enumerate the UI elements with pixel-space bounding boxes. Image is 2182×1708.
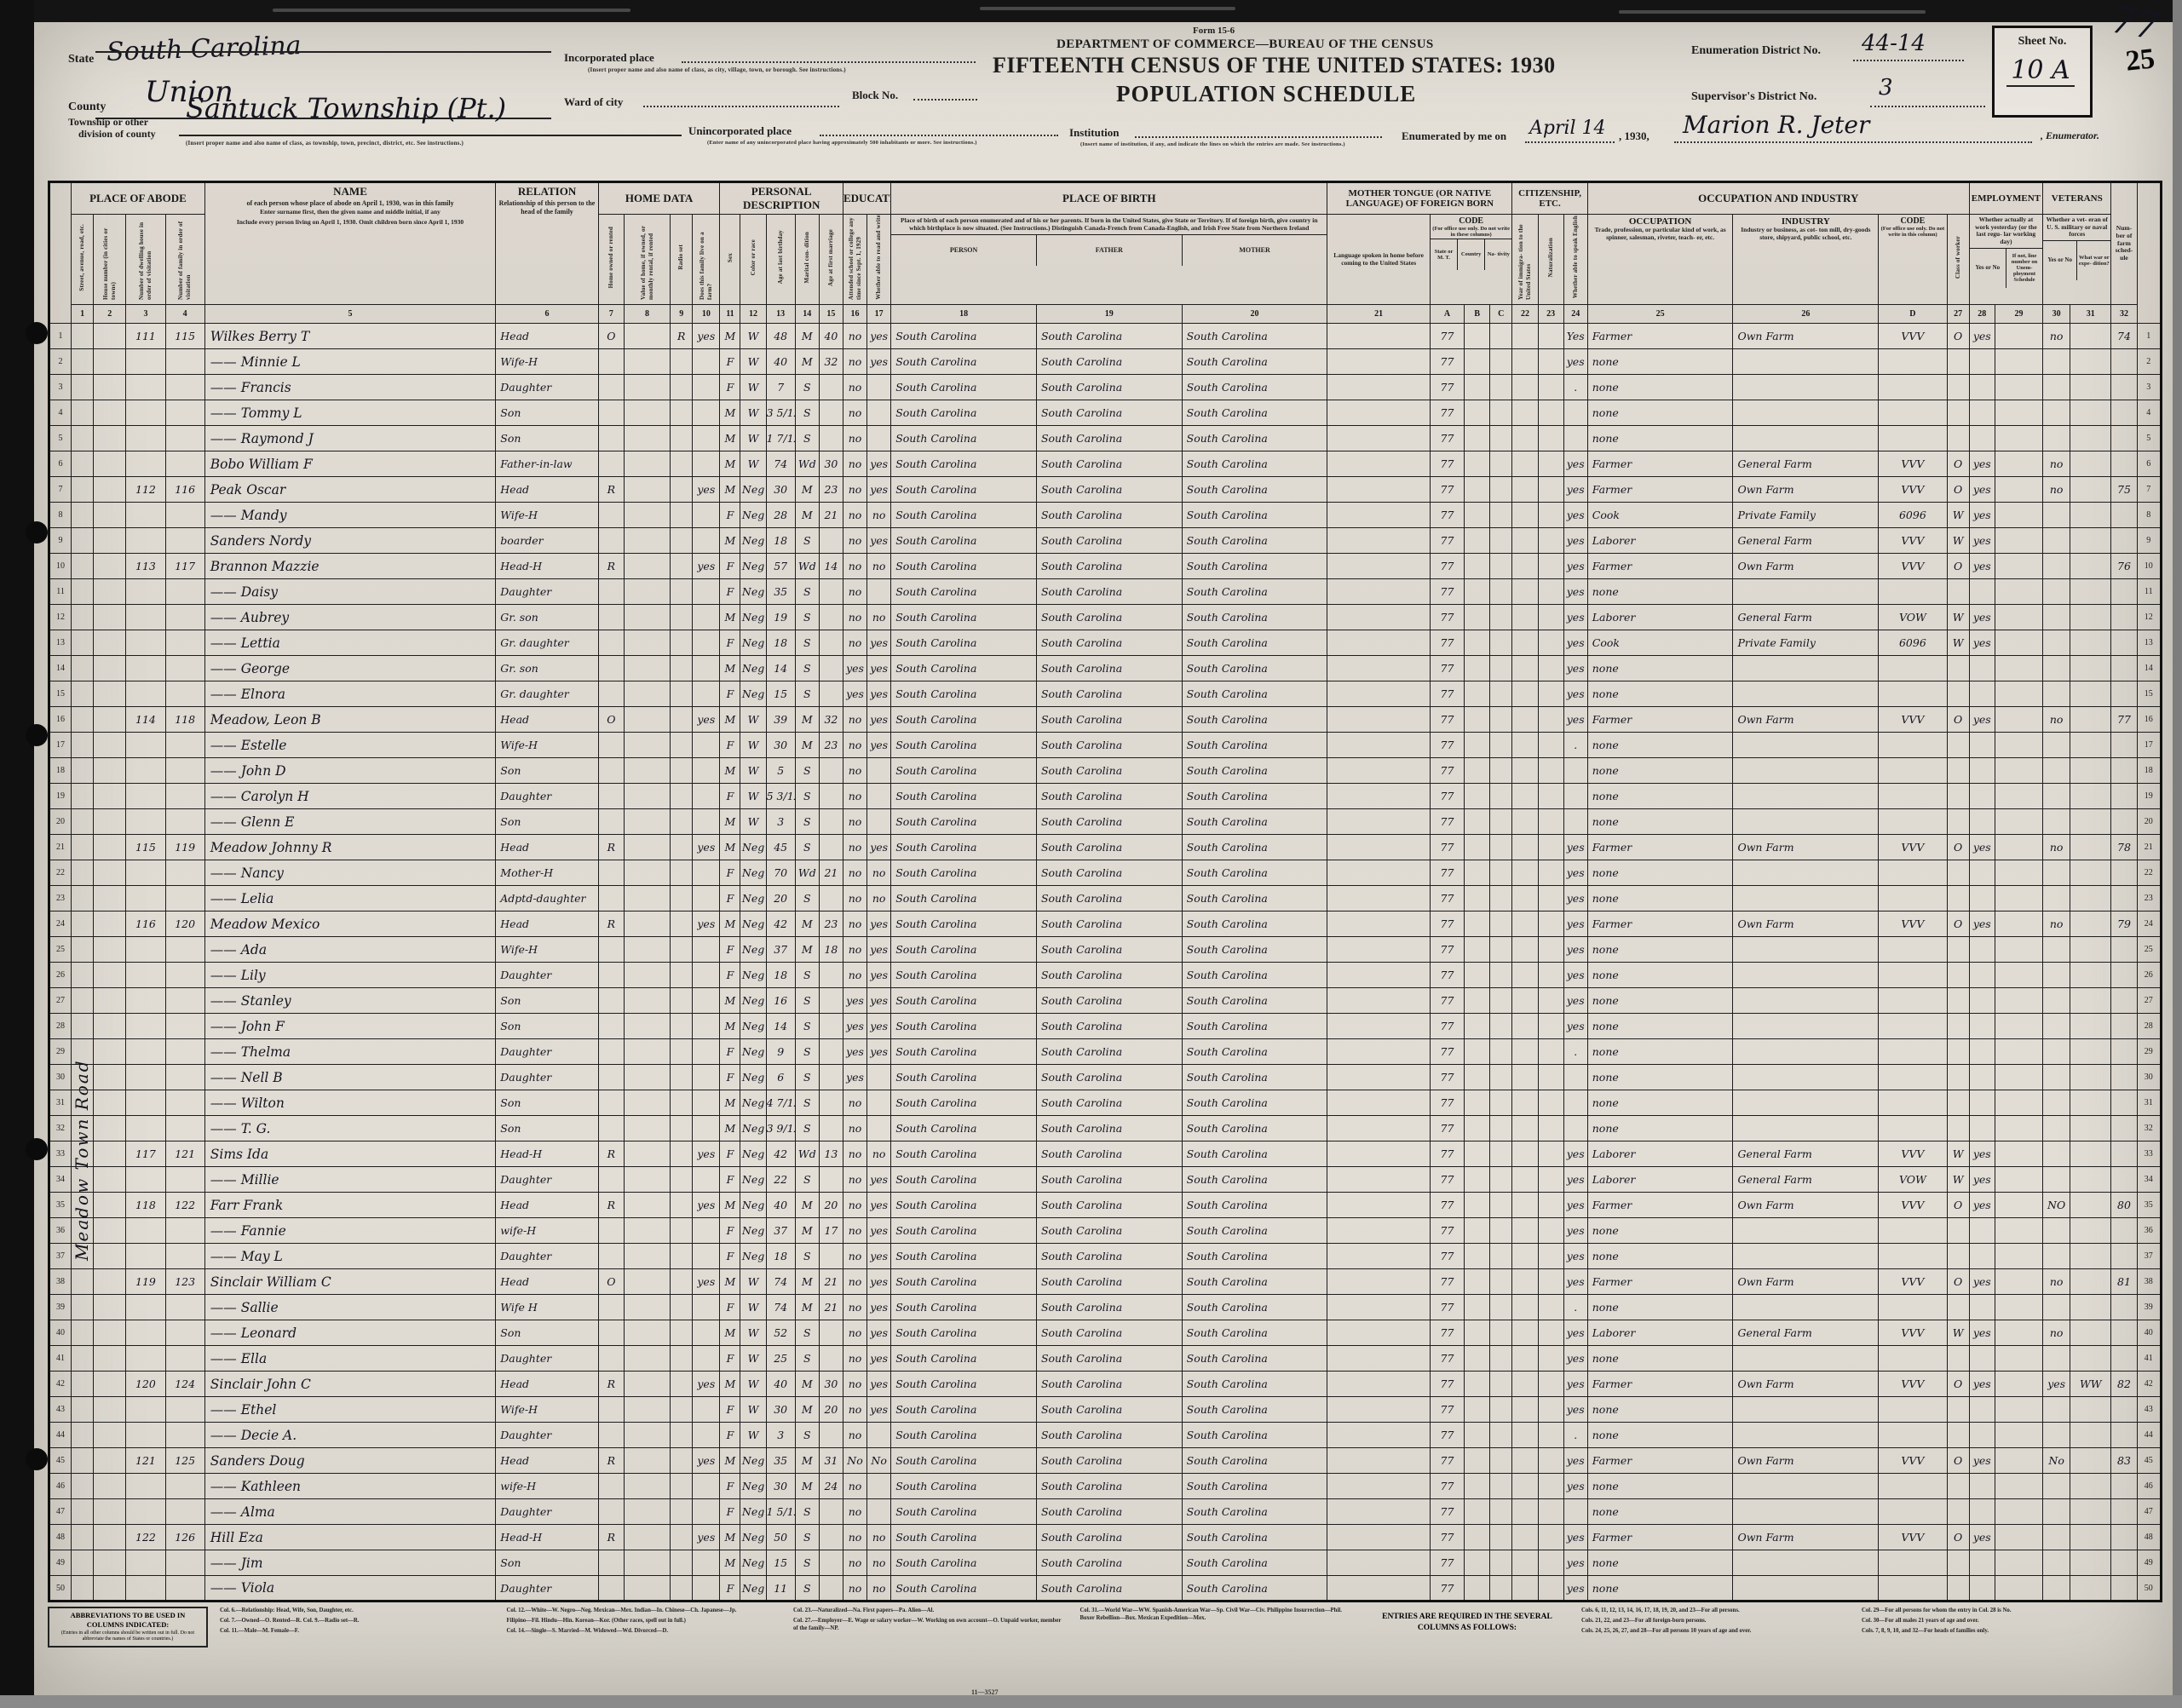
- cell-own: [598, 1550, 624, 1576]
- cell-farm: [693, 1218, 720, 1244]
- cell-ln: 22: [49, 860, 72, 886]
- cell-c: [1490, 1244, 1512, 1269]
- cell-emp: [1969, 1346, 1995, 1372]
- cell-a: 77: [1430, 963, 1464, 988]
- table-row: 26—— LilyDaughterFNeg18SnoyesSouth Carol…: [49, 963, 2162, 988]
- cell-img: [1512, 1167, 1538, 1193]
- cell-val: [624, 1065, 670, 1090]
- cell-mar: M: [795, 1474, 819, 1499]
- cell-rel: Wife-H: [496, 503, 599, 528]
- cell-agem: [819, 963, 843, 988]
- cell-fam: [165, 1244, 204, 1269]
- cell-ln2: 34: [2137, 1167, 2161, 1193]
- cell-own: [598, 400, 624, 426]
- cell-sex: M: [720, 988, 740, 1014]
- cell-war: [2070, 937, 2111, 963]
- table-row: 33117121Sims IdaHead-HRyesFNeg42Wd13nono…: [49, 1142, 2162, 1167]
- abbreviation-columns: Col. 6.—Relationship: Head, Wife, Son, D…: [220, 1607, 1353, 1636]
- cell-sch: no: [843, 426, 866, 451]
- cell-dw: [126, 1397, 165, 1423]
- cell-ln: 37: [49, 1244, 72, 1269]
- cell-c: [1490, 1525, 1512, 1550]
- cell-mar: S: [795, 835, 819, 860]
- cell-rad: [671, 528, 693, 554]
- cell-sch: no: [843, 1142, 866, 1167]
- cell-ln2: 33: [2137, 1142, 2161, 1167]
- cell-mar: S: [795, 528, 819, 554]
- cell-tong: [1327, 375, 1431, 400]
- cell-name: —— Lettia: [204, 630, 495, 656]
- cell-sch: no: [843, 1346, 866, 1372]
- cell-tong: [1327, 963, 1431, 988]
- cell-b: [1465, 375, 1490, 400]
- cell-fam: [165, 963, 204, 988]
- cell-dw: [126, 860, 165, 886]
- cell-d: [1879, 1346, 1947, 1372]
- table-row: 30—— Nell BDaughterFNeg6SyesSouth Caroli…: [49, 1065, 2162, 1090]
- cell-eng: yes: [1563, 886, 1587, 912]
- cell-sch: No: [843, 1448, 866, 1474]
- cell-col: Neg: [740, 1039, 766, 1065]
- cell-sex: F: [720, 554, 740, 579]
- cell-bpm: South Carolina: [1182, 1576, 1327, 1602]
- cell-a: 77: [1430, 375, 1464, 400]
- cell-empln: [1995, 937, 2042, 963]
- cell-bpp: South Carolina: [891, 707, 1037, 733]
- cell-war: [2070, 528, 2111, 554]
- cell-val: [624, 400, 670, 426]
- cell-col: Neg: [740, 630, 766, 656]
- table-row: 14—— GeorgeGr. sonMNeg14SyesyesSouth Car…: [49, 656, 2162, 681]
- cell-ln2: 46: [2137, 1474, 2161, 1499]
- cell-war: [2070, 1550, 2111, 1576]
- cell-name: —— Ella: [204, 1346, 495, 1372]
- cell-name: —— Carolyn H: [204, 784, 495, 809]
- cell-sch: no: [843, 1525, 866, 1550]
- cell-fs: [2111, 1167, 2137, 1193]
- cell-war: [2070, 988, 2111, 1014]
- cell-fam: [165, 503, 204, 528]
- table-row: 29—— ThelmaDaughterFNeg9SyesyesSouth Car…: [49, 1039, 2162, 1065]
- cell-dw: [126, 349, 165, 375]
- cell-name: —— Tommy L: [204, 400, 495, 426]
- cell-sex: M: [720, 1372, 740, 1397]
- cell-c: [1490, 605, 1512, 630]
- cell-a: 77: [1430, 324, 1464, 349]
- cell-empln: [1995, 1550, 2042, 1576]
- cell-mar: S: [795, 400, 819, 426]
- group-relation: RELATION Relationship of this person to …: [496, 182, 599, 305]
- cell-fs: [2111, 963, 2137, 988]
- cell-ln2: 17: [2137, 733, 2161, 758]
- cell-sex: M: [720, 758, 740, 784]
- cell-dw: [126, 758, 165, 784]
- cell-street: [72, 1295, 94, 1320]
- cell-ln: 27: [49, 988, 72, 1014]
- cell-b: [1465, 1065, 1490, 1090]
- cell-occ: none: [1587, 349, 1733, 375]
- cell-tong: [1327, 1423, 1431, 1448]
- cell-farm: [693, 451, 720, 477]
- cell-img: [1512, 349, 1538, 375]
- cell-b: [1465, 912, 1490, 937]
- cell-agem: [819, 758, 843, 784]
- cell-val: [624, 605, 670, 630]
- cell-emp: [1969, 860, 1995, 886]
- cell-rad: [671, 1525, 693, 1550]
- cell-img: [1512, 1218, 1538, 1244]
- footer-note-line: Cols. 6, 11, 12, 13, 14, 16, 17, 18, 19,…: [1581, 1607, 1846, 1614]
- cell-bpm: South Carolina: [1182, 375, 1327, 400]
- cell-fs: [2111, 1142, 2137, 1167]
- cell-cls: [1947, 1499, 1969, 1525]
- cell-rel: Head-H: [496, 1525, 599, 1550]
- cell-occ: none: [1587, 1244, 1733, 1269]
- cell-ind: [1733, 758, 1879, 784]
- cell-sch: no: [843, 886, 866, 912]
- cell-b: [1465, 1372, 1490, 1397]
- cell-fs: [2111, 605, 2137, 630]
- cell-rad: [671, 605, 693, 630]
- cell-val: [624, 528, 670, 554]
- cell-a: 77: [1430, 579, 1464, 605]
- cell-occ: none: [1587, 937, 1733, 963]
- column-number: 29: [1995, 305, 2042, 324]
- cell-nat: [1538, 630, 1563, 656]
- cell-agem: [819, 886, 843, 912]
- cell-bpm: South Carolina: [1182, 758, 1327, 784]
- cell-emp: [1969, 1295, 1995, 1320]
- col-immigration-year: Year of immigra- tion to the United Stat…: [1512, 215, 1538, 305]
- cell-occ: Farmer: [1587, 477, 1733, 503]
- cell-eng: yes: [1563, 912, 1587, 937]
- cell-war: [2070, 554, 2111, 579]
- cell-street: [72, 400, 94, 426]
- cell-farm: [693, 503, 720, 528]
- cell-bpf: South Carolina: [1036, 707, 1182, 733]
- cell-age: 30: [766, 1397, 795, 1423]
- cell-farm: yes: [693, 1193, 720, 1218]
- cell-own: [598, 1167, 624, 1193]
- cell-mar: M: [795, 1448, 819, 1474]
- cell-c: [1490, 630, 1512, 656]
- cell-val: [624, 324, 670, 349]
- cell-sex: F: [720, 349, 740, 375]
- cell-house: [94, 835, 126, 860]
- cell-agem: [819, 656, 843, 681]
- cell-mar: S: [795, 1499, 819, 1525]
- cell-farm: yes: [693, 477, 720, 503]
- cell-farm: yes: [693, 835, 720, 860]
- cell-agem: 23: [819, 912, 843, 937]
- cell-vet: [2043, 1218, 2070, 1244]
- cell-rel: Head-H: [496, 1142, 599, 1167]
- table-row: 45121125Sanders DougHeadRyesMNeg35M31NoN…: [49, 1448, 2162, 1474]
- cell-eng: .: [1563, 1295, 1587, 1320]
- cell-c: [1490, 835, 1512, 860]
- cell-a: 77: [1430, 707, 1464, 733]
- cell-vet: [2043, 809, 2070, 835]
- cell-sex: F: [720, 1346, 740, 1372]
- cell-bpp: South Carolina: [891, 1193, 1037, 1218]
- cell-a: 77: [1430, 937, 1464, 963]
- cell-agem: [819, 1014, 843, 1039]
- cell-ind: [1733, 860, 1879, 886]
- cell-war: [2070, 681, 2111, 707]
- cell-empln: [1995, 1295, 2042, 1320]
- cell-occ: none: [1587, 860, 1733, 886]
- cell-ind: [1733, 988, 1879, 1014]
- cell-bpp: South Carolina: [891, 324, 1037, 349]
- cell-cls: [1947, 860, 1969, 886]
- cell-farm: [693, 1499, 720, 1525]
- cell-rw: no: [867, 860, 891, 886]
- cell-col: Neg: [740, 503, 766, 528]
- cell-eng: yes: [1563, 451, 1587, 477]
- cell-col: W: [740, 758, 766, 784]
- cell-empln: [1995, 1372, 2042, 1397]
- cell-img: [1512, 605, 1538, 630]
- cell-bpf: South Carolina: [1036, 1372, 1182, 1397]
- cell-bpm: South Carolina: [1182, 1269, 1327, 1295]
- cell-eng: .: [1563, 375, 1587, 400]
- cell-ln: 1: [49, 324, 72, 349]
- cell-ln2: 21: [2137, 835, 2161, 860]
- cell-d: VVV: [1879, 324, 1947, 349]
- col-code-nativity: Na- tivity: [1484, 239, 1511, 270]
- col-home-value: Value of home, if owned, or monthly rent…: [624, 215, 670, 305]
- cell-sex: M: [720, 528, 740, 554]
- cell-ind: Own Farm: [1733, 1269, 1879, 1295]
- cell-rel: Daughter: [496, 963, 599, 988]
- cell-ind: [1733, 681, 1879, 707]
- cell-mar: M: [795, 324, 819, 349]
- cell-age: 18: [766, 630, 795, 656]
- cell-col: W: [740, 1346, 766, 1372]
- cell-ln: 44: [49, 1423, 72, 1448]
- cell-d: [1879, 1576, 1947, 1602]
- cell-rw: No: [867, 1448, 891, 1474]
- cell-empln: [1995, 1090, 2042, 1116]
- cell-empln: [1995, 1346, 2042, 1372]
- incorporated-place-label: Incorporated place: [564, 51, 654, 65]
- cell-val: [624, 656, 670, 681]
- cell-nat: [1538, 784, 1563, 809]
- cell-age: 40: [766, 1193, 795, 1218]
- cell-bpm: South Carolina: [1182, 707, 1327, 733]
- cell-bpp: South Carolina: [891, 1116, 1037, 1142]
- cell-a: 77: [1430, 681, 1464, 707]
- cell-street: [72, 1576, 94, 1602]
- cell-vet: [2043, 349, 2070, 375]
- cell-eng: yes: [1563, 1014, 1587, 1039]
- cell-agem: 20: [819, 1193, 843, 1218]
- cell-farm: [693, 605, 720, 630]
- cell-war: [2070, 1193, 2111, 1218]
- cell-rad: [671, 1116, 693, 1142]
- cell-col: Neg: [740, 1499, 766, 1525]
- cell-nat: [1538, 1499, 1563, 1525]
- cell-emp: [1969, 758, 1995, 784]
- cell-age: 37: [766, 937, 795, 963]
- group-name: NAME of each person whose place of abode…: [204, 182, 495, 305]
- cell-vet: [2043, 1499, 2070, 1525]
- cell-house: [94, 809, 126, 835]
- cell-agem: 23: [819, 733, 843, 758]
- cell-ln2: 47: [2137, 1499, 2161, 1525]
- street-name-note: Meadow Town Road: [72, 716, 94, 1261]
- cell-d: [1879, 1039, 1947, 1065]
- cell-ln: 40: [49, 1320, 72, 1346]
- cell-sch: no: [843, 1090, 866, 1116]
- cell-fam: [165, 451, 204, 477]
- cell-emp: [1969, 1423, 1995, 1448]
- cell-mar: S: [795, 1320, 819, 1346]
- cell-rel: Daughter: [496, 1167, 599, 1193]
- cell-dw: 112: [126, 477, 165, 503]
- cell-bpp: South Carolina: [891, 809, 1037, 835]
- table-row: 5—— Raymond JSonMW1 7/12SnoSouth Carolin…: [49, 426, 2162, 451]
- cell-sex: M: [720, 1525, 740, 1550]
- cell-b: [1465, 988, 1490, 1014]
- cell-nat: [1538, 758, 1563, 784]
- cell-name: Farr Frank: [204, 1193, 495, 1218]
- cell-eng: yes: [1563, 1474, 1587, 1499]
- cell-farm: [693, 1423, 720, 1448]
- cell-eng: [1563, 400, 1587, 426]
- cell-ind: [1733, 1550, 1879, 1576]
- group-employment: EMPLOYMENT: [1969, 182, 2042, 215]
- cell-ln2: 43: [2137, 1397, 2161, 1423]
- cell-agem: [819, 1320, 843, 1346]
- cell-cls: [1947, 681, 1969, 707]
- cell-own: [598, 605, 624, 630]
- cell-rad: [671, 1244, 693, 1269]
- cell-dw: [126, 1065, 165, 1090]
- unincorporated-label: Unincorporated place: [688, 124, 792, 138]
- cell-d: [1879, 886, 1947, 912]
- cell-ln2: 4: [2137, 400, 2161, 426]
- sheet-label: Sheet No.: [1995, 35, 2090, 49]
- cell-cls: [1947, 1014, 1969, 1039]
- cell-own: [598, 886, 624, 912]
- cell-fs: [2111, 1346, 2137, 1372]
- cell-eng: Yes: [1563, 324, 1587, 349]
- cell-age: 40: [766, 349, 795, 375]
- cell-val: [624, 503, 670, 528]
- cell-street: [72, 503, 94, 528]
- scan-bottom-edge: [0, 1695, 2182, 1708]
- line-number-column-header-right: [2137, 182, 2161, 324]
- cell-rw: yes: [867, 988, 891, 1014]
- cell-tong: [1327, 1065, 1431, 1090]
- cell-tong: [1327, 1116, 1431, 1142]
- cell-mar: S: [795, 1244, 819, 1269]
- name-instruction-1: Enter surname first, then the given name…: [205, 209, 495, 216]
- cell-tong: [1327, 605, 1431, 630]
- cell-farm: [693, 1039, 720, 1065]
- cell-sch: no: [843, 860, 866, 886]
- cell-ind: [1733, 1474, 1879, 1499]
- cell-rad: [671, 1346, 693, 1372]
- cell-house: [94, 1423, 126, 1448]
- cell-empln: [1995, 1499, 2042, 1525]
- cell-bpp: South Carolina: [891, 835, 1037, 860]
- cell-sch: no: [843, 375, 866, 400]
- cell-own: [598, 937, 624, 963]
- cell-rw: yes: [867, 1320, 891, 1346]
- cell-own: [598, 375, 624, 400]
- cell-rel: Son: [496, 1320, 599, 1346]
- cell-val: [624, 886, 670, 912]
- cell-rw: no: [867, 1142, 891, 1167]
- cell-img: [1512, 1295, 1538, 1320]
- cell-sch: yes: [843, 1014, 866, 1039]
- cell-eng: yes: [1563, 630, 1587, 656]
- cell-ln: 39: [49, 1295, 72, 1320]
- cell-bpf: South Carolina: [1036, 349, 1182, 375]
- cell-eng: yes: [1563, 554, 1587, 579]
- cell-rad: [671, 503, 693, 528]
- cell-rad: [671, 1065, 693, 1090]
- cell-a: 77: [1430, 1167, 1464, 1193]
- table-row: 9Sanders NordyboarderMNeg18SnoyesSouth C…: [49, 528, 2162, 554]
- cell-mar: M: [795, 1218, 819, 1244]
- cell-rel: boarder: [496, 528, 599, 554]
- cell-name: —— May L: [204, 1244, 495, 1269]
- cell-a: 77: [1430, 528, 1464, 554]
- cell-age: 39: [766, 707, 795, 733]
- cell-cls: [1947, 1397, 1969, 1423]
- cell-b: [1465, 1295, 1490, 1320]
- cell-fs: [2111, 400, 2137, 426]
- cell-name: —— Nell B: [204, 1065, 495, 1090]
- cell-fam: 120: [165, 912, 204, 937]
- cell-fs: [2111, 784, 2137, 809]
- cell-ln: 46: [49, 1474, 72, 1499]
- cell-tong: [1327, 400, 1431, 426]
- cell-fs: [2111, 1218, 2137, 1244]
- cell-rad: [671, 1167, 693, 1193]
- cell-own: [598, 1474, 624, 1499]
- cell-cls: O: [1947, 1193, 1969, 1218]
- cell-own: [598, 1576, 624, 1602]
- cell-fam: [165, 349, 204, 375]
- cell-nat: [1538, 1346, 1563, 1372]
- col-attended-school: Attended school or college any time sinc…: [843, 215, 866, 305]
- cell-ind: [1733, 886, 1879, 912]
- cell-rad: [671, 579, 693, 605]
- cell-occ: none: [1587, 1576, 1733, 1602]
- cell-bpm: South Carolina: [1182, 1525, 1327, 1550]
- cell-house: [94, 503, 126, 528]
- cell-tong: [1327, 1320, 1431, 1346]
- group-veterans: VETERANS: [2043, 182, 2111, 215]
- cell-name: —— John D: [204, 758, 495, 784]
- cell-img: [1512, 809, 1538, 835]
- cell-b: [1465, 937, 1490, 963]
- cell-farm: [693, 1576, 720, 1602]
- cell-a: 77: [1430, 1397, 1464, 1423]
- cell-sex: F: [720, 1218, 740, 1244]
- cell-farm: [693, 681, 720, 707]
- cell-eng: yes: [1563, 1193, 1587, 1218]
- cell-cls: O: [1947, 1448, 1969, 1474]
- cell-col: W: [740, 1397, 766, 1423]
- cell-ln2: 28: [2137, 1014, 2161, 1039]
- cell-ind: [1733, 349, 1879, 375]
- cell-mar: S: [795, 784, 819, 809]
